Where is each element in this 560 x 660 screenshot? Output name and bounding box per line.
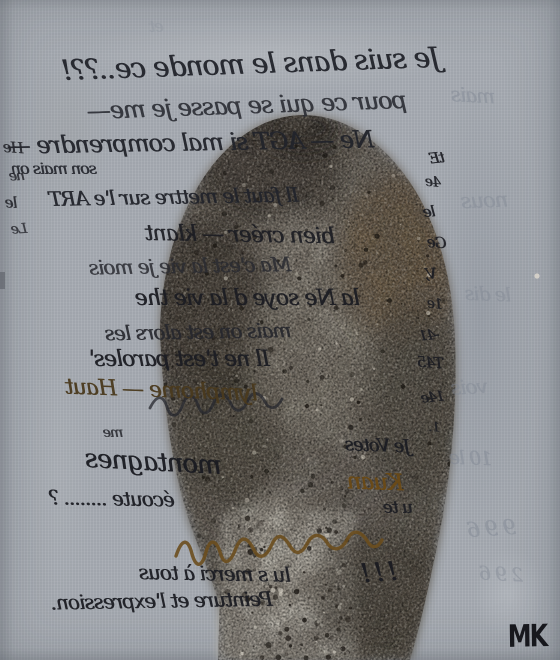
painting-art bbox=[0, 0, 560, 660]
artwork-photo: Je suis dans le monde ce..??! pour ce qu… bbox=[0, 0, 560, 660]
artist-signature: MK bbox=[508, 620, 547, 652]
left-edge-mark bbox=[0, 272, 5, 289]
right-edge-nick bbox=[534, 273, 539, 278]
head-texture bbox=[0, 0, 560, 660]
